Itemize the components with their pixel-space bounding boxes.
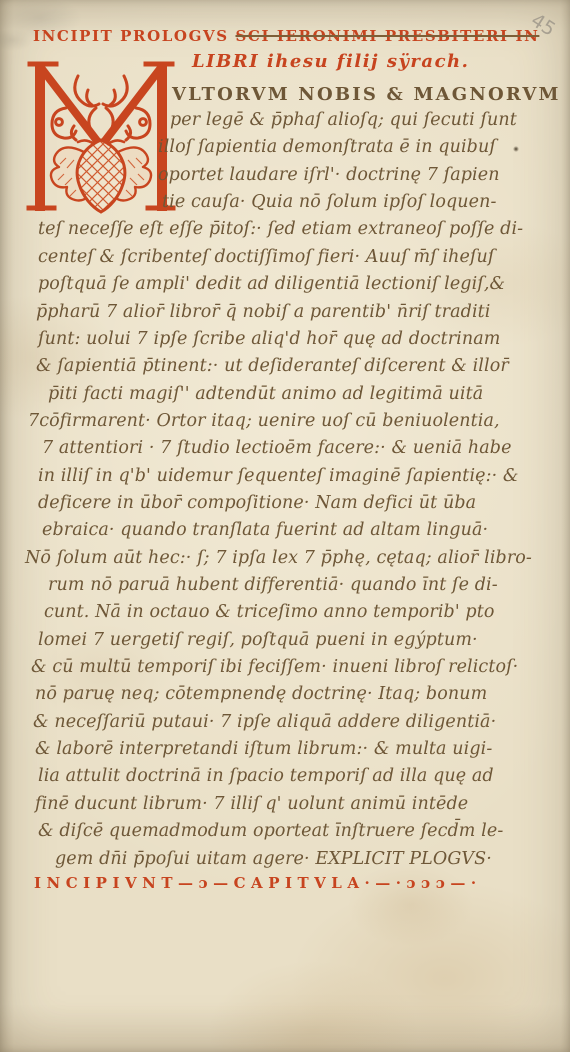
manuscript-line: & neceſſariū putaui· 7 ipſe aliquā adder… <box>33 710 496 734</box>
rubric-heading-incipit: INCIPIT PROLOGVS <box>33 27 236 45</box>
manuscript-line: lomei 7 uergetiſ regiſ, poſtquā pueni in… <box>38 628 478 652</box>
manuscript-page: { "page": { "folio_number": "45", "headi… <box>0 0 570 1052</box>
manuscript-line: p̄pharū 7 alior̄ libror̄ q̄ nobiſ a pare… <box>36 300 491 324</box>
rubric-heading-line1: INCIPIT PROLOGVS SCI IERONIMI PRESBITERI… <box>33 27 539 45</box>
manuscript-line: & cū multū temporiſ ibi feciſſem· inueni… <box>31 655 518 679</box>
manuscript-line: Nō ſolum aūt hec:· ſ; 7 ipſa lex 7 p̄phę… <box>25 546 532 570</box>
rubric-heading-struck-segment: SCI IERONIMI PRESBITERI IN <box>236 27 540 45</box>
manuscript-line: gem dn̄i p̄poſui uitam agere· EXPLICIT P… <box>55 847 492 871</box>
manuscript-line: finē ducunt librum· 7 illiſ q' uolunt an… <box>35 792 468 816</box>
manuscript-line: ebraica· quando tranſlata fuerint ad alt… <box>42 518 488 542</box>
manuscript-line: 7cōfirmarent· Ortor itaq; uenire uoſ cū … <box>28 409 500 433</box>
manuscript-line: tie cauſa· Quia nō ſolum ipſoſ loquen- <box>162 190 497 214</box>
manuscript-line: teſ neceſſe eſt eſſe p̄itoſ:· ſed etiam … <box>38 217 523 241</box>
bottom-rubric-incipiunt-capitula: INCIPIVNT—ɔ—CAPITVLA·—·ɔɔɔ—· <box>34 874 482 892</box>
manuscript-line: 7 attentiori · 7 ſtudio lectioēm facere:… <box>42 436 512 460</box>
opening-caps-line: VLTORVM NOBIS & MAGNORVM <box>172 84 561 105</box>
manuscript-line: poſtquā ſe ampli' dedit ad diligentiā le… <box>38 272 505 296</box>
manuscript-line: & ſapientiā p̄tinent:· ut deſideranteſ d… <box>36 354 509 378</box>
manuscript-line: centeſ & ſcribenteſ doctiſſimoſ fieri· A… <box>38 245 495 269</box>
manuscript-line: rum nō paruā hubent differentiā· quando … <box>48 573 498 597</box>
manuscript-line: & laborē interpretandi iſtum librum:· & … <box>35 737 492 761</box>
manuscript-line: per legē & p̄phaſ alioſq; qui ſecuti ſun… <box>170 108 517 132</box>
manuscript-line: & diſcē quemadmodum oporteat īnſtruere ſ… <box>38 819 503 843</box>
manuscript-line: ſunt: uolui 7 ipſe ſcribe aliq'd hor̄ qu… <box>38 327 500 351</box>
manuscript-line: cunt. Nā in octauo & triceſimo anno temp… <box>44 600 494 624</box>
initial-m-drawing <box>26 56 176 218</box>
manuscript-line: nō paruę neq; cōtempnendę doctrinę· Itaq… <box>35 682 487 706</box>
manuscript-line: p̄iti facti magiſ'' adtendūt animo ad le… <box>48 382 483 406</box>
manuscript-line: deficere in ūbor̄ compoſitione· Nam defi… <box>38 491 476 515</box>
manuscript-line: oportet laudare iſrl'· doctrinę 7 ſapien <box>158 163 500 187</box>
manuscript-line: in illiſ in q'b' uidemur ſequenteſ imagi… <box>38 464 519 488</box>
rubric-heading-line2: LIBRI ihesu filij sÿrach. <box>192 51 469 72</box>
manuscript-line: lia attulit doctrinā in ſpacio temporiſ … <box>38 764 494 788</box>
manuscript-line: illoſ ſapientia demonſtrata ē in quibuſ <box>158 135 496 159</box>
illuminated-initial-M <box>26 56 176 222</box>
